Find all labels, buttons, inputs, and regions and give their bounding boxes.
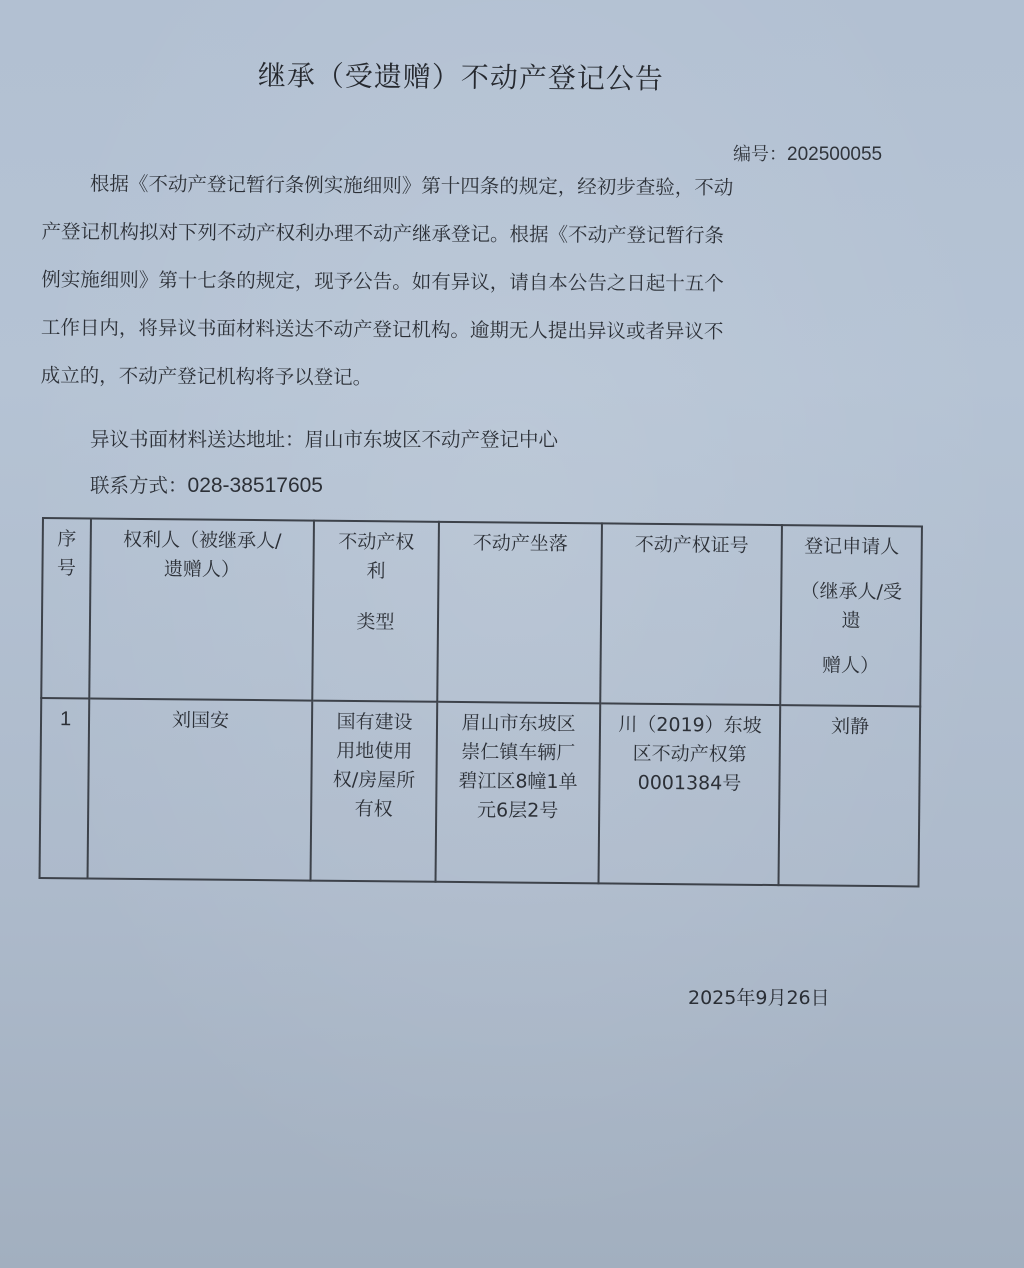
document-number-label: 编号： — [733, 144, 787, 165]
address-value: 眉山市东坡区不动产登记中心 — [305, 428, 559, 451]
cell-location: 眉山市东坡区 崇仁镇车辆厂 碧江区8幢1单 元6层2号 — [436, 702, 601, 884]
registration-table: 序 号 权利人（被继承人/ 遗赠人） 不动产权 利 类型 不动产坐落 不动产权证… — [39, 517, 923, 887]
header-applicant: 登记申请人 （继承人/受 遗 赠人） — [780, 525, 922, 706]
header-cert-no: 不动产权证号 — [600, 523, 782, 705]
contact-label: 联系方式： — [90, 474, 188, 497]
cell-seq: 1 — [40, 698, 90, 878]
body-line: 产登记机构拟对下列不动产权利办理不动产继承登记。根据《不动产登记暂行条 — [41, 208, 841, 261]
cell-cert-no: 川（2019）东坡 区不动产权第 0001384号 — [599, 703, 781, 885]
objection-address: 异议书面材料送达地址：眉山市东坡区不动产登记中心 — [90, 424, 558, 452]
body-line: 根据《不动产登记暂行条例实施细则》第十四条的规定，经初步查验，不动 — [42, 160, 842, 213]
contact-phone: 028-38517605 — [188, 474, 323, 497]
header-right-type: 不动产权 利 类型 — [312, 521, 439, 702]
contact-info: 联系方式：028-38517605 — [90, 470, 323, 498]
cell-applicant: 刘静 — [779, 705, 921, 886]
header-holder: 权利人（被继承人/ 遗赠人） — [89, 518, 314, 700]
document-number: 编号：202500055 — [733, 140, 882, 166]
table-header-row: 序 号 权利人（被继承人/ 遗赠人） 不动产权 利 类型 不动产坐落 不动产权证… — [41, 518, 922, 706]
table-row: 1 刘国安 国有建设 用地使用 权/房屋所 有权 眉山市东坡区 崇仁镇车辆厂 碧… — [40, 698, 921, 886]
document-number-value: 202500055 — [787, 144, 882, 165]
document-title: 继承（受遗赠）不动产登记公告 — [258, 54, 664, 98]
body-line: 成立的，不动产登记机构将予以登记。 — [41, 352, 841, 405]
address-label: 异议书面材料送达地址： — [90, 428, 305, 451]
notice-body: 根据《不动产登记暂行条例实施细则》第十四条的规定，经初步查验，不动 产登记机构拟… — [41, 160, 842, 405]
header-seq: 序 号 — [41, 518, 91, 698]
body-line: 工作日内，将异议书面材料送达不动产登记机构。逾期无人提出异议或者异议不 — [41, 304, 841, 357]
cell-right-type: 国有建设 用地使用 权/房屋所 有权 — [311, 701, 438, 882]
body-line: 例实施细则》第十七条的规定，现予公告。如有异议，请自本公告之日起十五个 — [41, 256, 841, 309]
header-location: 不动产坐落 — [437, 522, 602, 704]
cell-holder: 刘国安 — [88, 698, 313, 880]
notice-page: 继承（受遗赠）不动产登记公告 编号：202500055 根据《不动产登记暂行条例… — [0, 0, 1024, 1268]
notice-date: 2025年9月26日 — [688, 983, 830, 1010]
